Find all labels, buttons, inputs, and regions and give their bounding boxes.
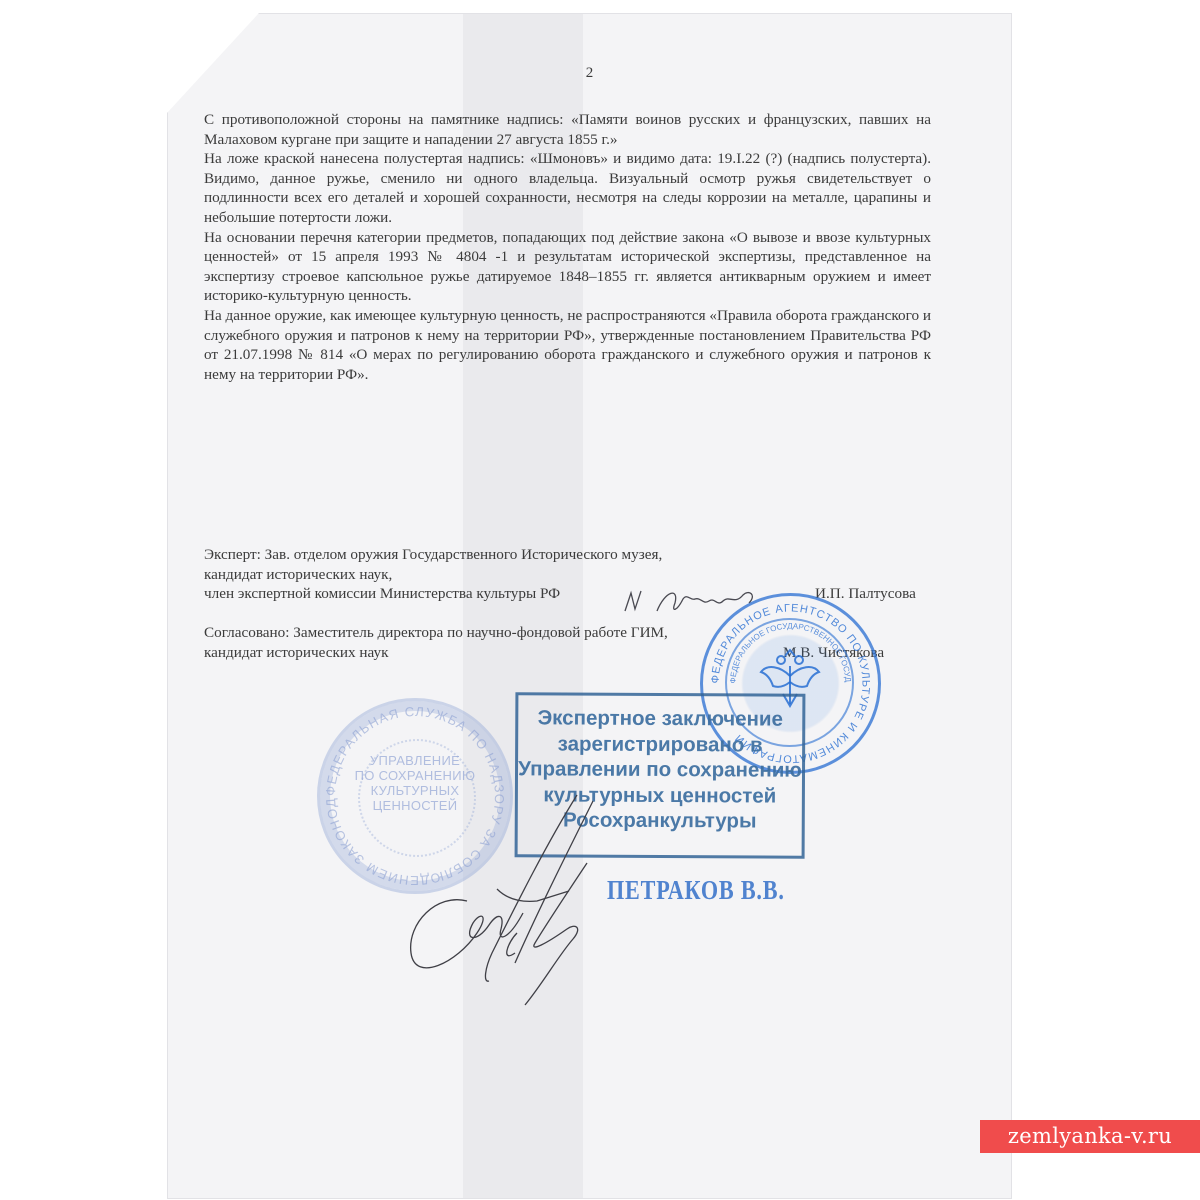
paragraph: На данное оружие, как имеющее культурную… <box>204 306 931 384</box>
expert-signature-block: Эксперт: Зав. отделом оружия Государстве… <box>204 545 662 604</box>
expert-commission-text: член экспертной комиссии Министерства ку… <box>204 585 560 602</box>
approval-degree-text: кандидат исторических наук <box>204 644 388 661</box>
document-page: 2 С противоположной стороны на памятнике… <box>167 13 1012 1199</box>
approval-degree-line: кандидат исторических наук М.В. Чистяков… <box>204 643 668 663</box>
expert-degree-line: кандидат исторических наук, <box>204 565 662 585</box>
paragraph: На ложе краской нанесена полустертая над… <box>204 149 931 227</box>
expert-commission-line: член экспертной комиссии Министерства ку… <box>204 584 662 604</box>
site-watermark: zemlyanka-v.ru <box>980 1120 1200 1153</box>
paragraph: На основании перечня категории предметов… <box>204 228 931 306</box>
paragraph: С противоположной стороны на памятнике н… <box>204 110 931 149</box>
official-handwritten-signature <box>397 793 637 1013</box>
document-body: С противоположной стороны на памятнике н… <box>204 110 931 384</box>
approval-signature-block: Согласовано: Заместитель директора по на… <box>204 623 668 662</box>
expert-position-line: Эксперт: Зав. отделом оружия Государстве… <box>204 545 662 565</box>
page-number: 2 <box>167 65 1012 82</box>
approval-position-line: Согласовано: Заместитель директора по на… <box>204 623 668 643</box>
